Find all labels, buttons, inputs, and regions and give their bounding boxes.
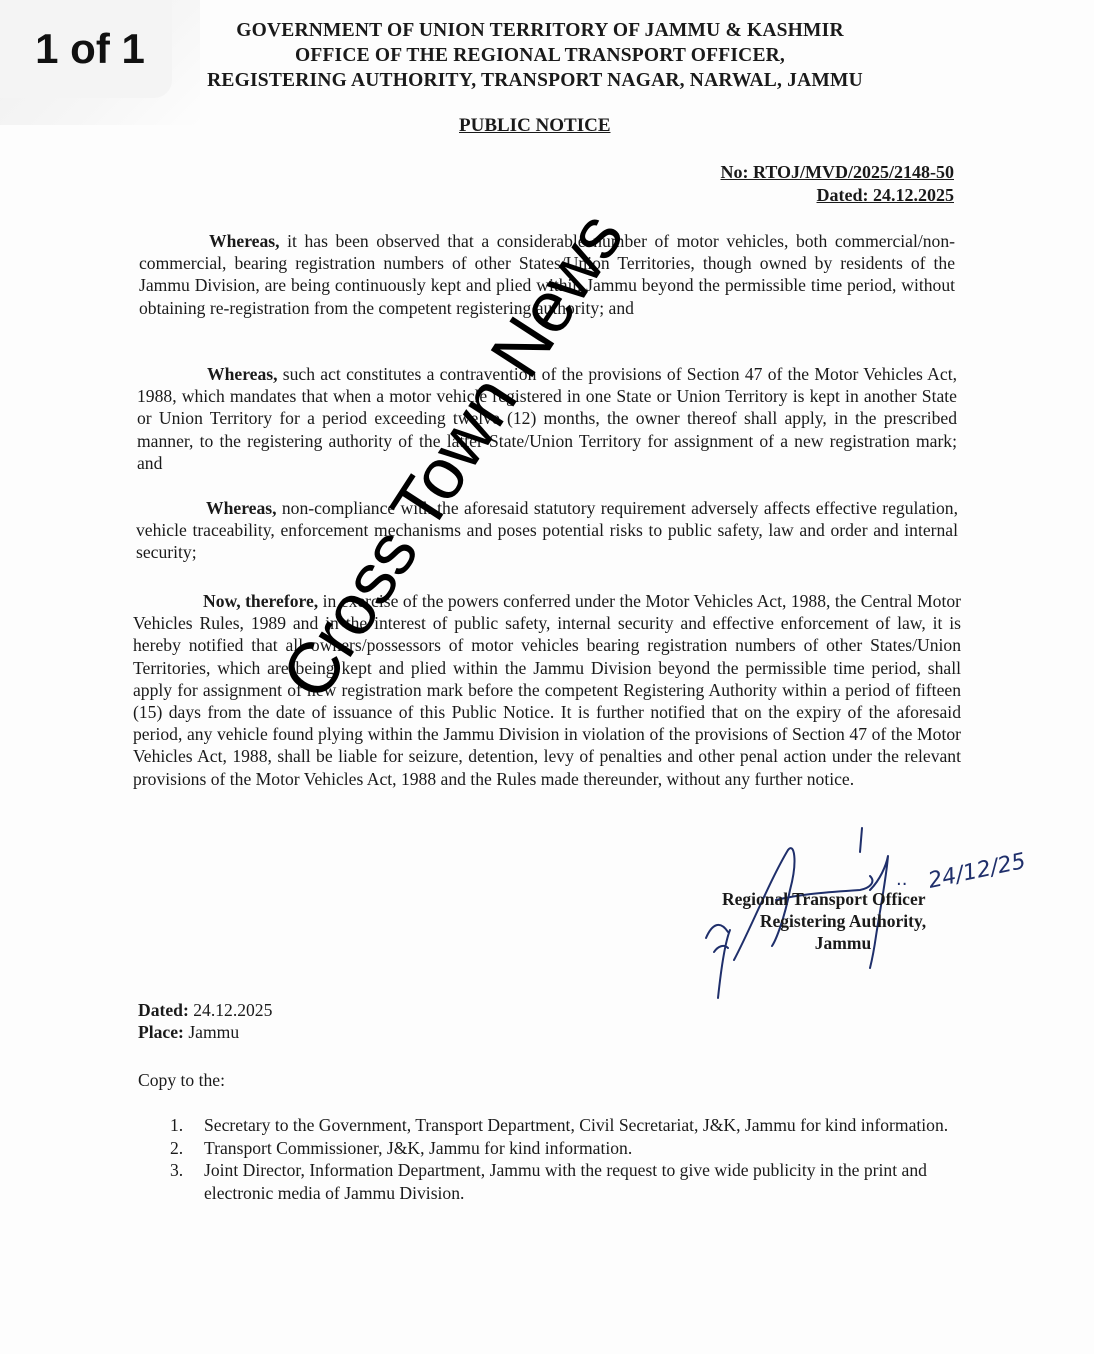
paragraph-lead: Whereas,: [206, 498, 277, 518]
paragraph-3: Whereas, non-compliance with the aforesa…: [136, 497, 958, 564]
designation-line-1: Regional Transport Officer: [722, 888, 964, 910]
paragraph-1: Whereas, it has been observed that a con…: [139, 230, 955, 319]
paragraph-text: in exercise of the powers conferred unde…: [133, 591, 961, 789]
list-text: Secretary to the Government, Transport D…: [204, 1114, 960, 1137]
issue-details: Dated: 24.12.2025 Place: Jammu: [138, 999, 272, 1043]
list-number: 1.: [170, 1114, 204, 1137]
notice-date: Dated: 24.12.2025: [720, 184, 954, 207]
designation-line-2: Registering Authority,: [722, 910, 964, 932]
place-label: Place:: [138, 1022, 184, 1042]
copy-to-heading: Copy to the:: [138, 1070, 225, 1091]
designation-line-3: Jammu: [722, 932, 964, 954]
list-item: 1. Secretary to the Government, Transpor…: [170, 1114, 960, 1137]
signatory-designation: Regional Transport Officer Registering A…: [722, 888, 964, 954]
place-value: Jammu: [184, 1022, 239, 1042]
dated-value: 24.12.2025: [189, 1000, 273, 1020]
list-text: Transport Commissioner, J&K, Jammu for k…: [204, 1137, 960, 1160]
notice-reference: No: RTOJ/MVD/2025/2148-50 Dated: 24.12.2…: [720, 161, 954, 207]
letterhead-line-2: OFFICE OF THE REGIONAL TRANSPORT OFFICER…: [180, 43, 900, 68]
letterhead: GOVERNMENT OF UNION TERRITORY OF JAMMU &…: [180, 18, 900, 93]
letterhead-line-3: REGISTERING AUTHORITY, TRANSPORT NAGAR, …: [170, 68, 900, 93]
paragraph-lead: Whereas,: [207, 364, 278, 384]
list-item: 3. Joint Director, Information Departmen…: [170, 1159, 960, 1204]
list-number: 2.: [170, 1137, 204, 1160]
paragraph-lead: Now, therefore,: [203, 591, 318, 611]
list-item: 2. Transport Commissioner, J&K, Jammu fo…: [170, 1137, 960, 1160]
dated-label: Dated:: [138, 1000, 189, 1020]
notice-number: No: RTOJ/MVD/2025/2148-50: [720, 161, 954, 184]
copy-to-list: 1. Secretary to the Government, Transpor…: [170, 1114, 960, 1204]
notice-title: PUBLIC NOTICE: [459, 115, 611, 137]
list-number: 3.: [170, 1159, 204, 1204]
list-text: Joint Director, Information Department, …: [204, 1159, 960, 1204]
letterhead-line-1: GOVERNMENT OF UNION TERRITORY OF JAMMU &…: [180, 18, 900, 43]
page-indicator: 1 of 1: [0, 0, 172, 98]
paragraph-4: Now, therefore, in exercise of the power…: [133, 590, 961, 790]
paragraph-2: Whereas, such act constitutes a contrave…: [137, 363, 957, 474]
paragraph-lead: Whereas,: [209, 231, 280, 251]
